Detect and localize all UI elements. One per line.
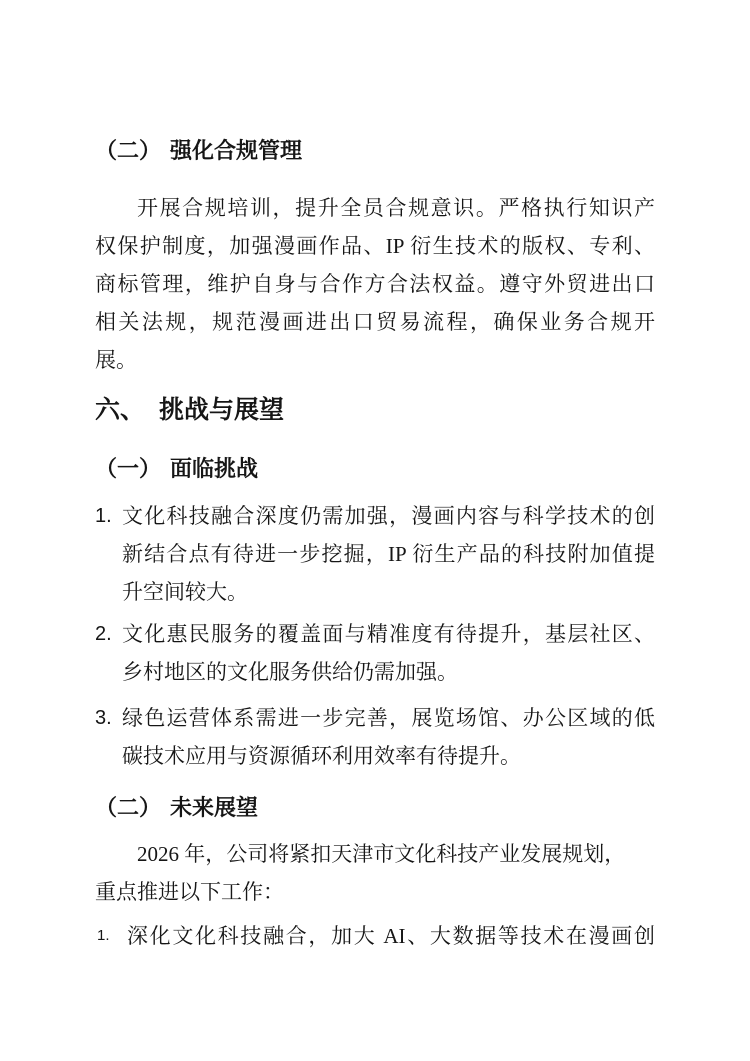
list-number: 2.: [95, 615, 119, 653]
heading-number: （二）: [95, 795, 161, 820]
heading-chapter-six: 六、挑战与展望: [95, 390, 655, 430]
text-line: 升空间较大。: [122, 573, 655, 611]
text-line: 商标管理，维护自身与合作方合法权益。遵守外贸进出口: [95, 265, 655, 303]
text-line: 权保护制度，加强漫画作品、IP 衍生技术的版权、专利、: [95, 227, 655, 265]
heading-number: 六、: [95, 396, 145, 424]
heading-number: （二）: [95, 138, 161, 163]
text-line: 碳技术应用与资源循环利用效率有待提升。: [122, 737, 655, 775]
challenges-list: 1. 文化科技融合深度仍需加强，漫画内容与科学技术的创 新结合点有待进一步挖掘，…: [95, 497, 655, 775]
heading-challenges: （一）面临挑战: [95, 450, 655, 488]
paragraph-outlook: 2026 年，公司将紧扣天津市文化科技产业发展规划， 重点推进以下工作：: [95, 835, 655, 911]
outlook-list: 1. 深化文化科技融合，加大 AI、大数据等技术在漫画创: [95, 917, 655, 955]
document-page: （二）强化合规管理 开展合规培训，提升全员合规意识。严格执行知识产 权保护制度，…: [0, 0, 750, 1061]
list-item: 3. 绿色运营体系需进一步完善，展览场馆、办公区域的低 碳技术应用与资源循环利用…: [95, 699, 655, 775]
heading-title: 挑战与展望: [159, 396, 284, 424]
text-line: 乡村地区的文化服务供给仍需加强。: [122, 653, 655, 691]
heading-outlook: （二）未来展望: [95, 789, 655, 827]
text-line: 文化科技融合深度仍需加强，漫画内容与科学技术的创: [122, 497, 655, 535]
text-line: 2026 年，公司将紧扣天津市文化科技产业发展规划，: [95, 835, 655, 873]
list-number: 3.: [95, 699, 119, 737]
heading-title: 未来展望: [170, 795, 258, 820]
heading-title: 强化合规管理: [170, 138, 302, 163]
list-item: 2. 文化惠民服务的覆盖面与精准度有待提升，基层社区、 乡村地区的文化服务供给仍…: [95, 615, 655, 691]
list-number: 1.: [95, 497, 119, 535]
heading-compliance: （二）强化合规管理: [95, 132, 655, 170]
heading-number: （一）: [95, 456, 161, 481]
list-item: 1. 深化文化科技融合，加大 AI、大数据等技术在漫画创: [95, 917, 655, 955]
text-line: 重点推进以下工作：: [95, 873, 655, 911]
text-line: 展。: [95, 341, 655, 379]
text-line: 新结合点有待进一步挖掘，IP 衍生产品的科技附加值提: [122, 535, 655, 573]
paragraph-compliance: 开展合规培训，提升全员合规意识。严格执行知识产 权保护制度，加强漫画作品、IP …: [95, 189, 655, 379]
heading-title: 面临挑战: [170, 456, 258, 481]
text-line: 开展合规培训，提升全员合规意识。严格执行知识产: [95, 189, 655, 227]
list-number: 1.: [97, 917, 121, 955]
text-line: 绿色运营体系需进一步完善，展览场馆、办公区域的低: [122, 699, 655, 737]
text-line: 深化文化科技融合，加大 AI、大数据等技术在漫画创: [127, 917, 655, 955]
list-item: 1. 文化科技融合深度仍需加强，漫画内容与科学技术的创 新结合点有待进一步挖掘，…: [95, 497, 655, 611]
text-line: 文化惠民服务的覆盖面与精准度有待提升，基层社区、: [122, 615, 655, 653]
text-line: 相关法规，规范漫画进出口贸易流程，确保业务合规开: [95, 303, 655, 341]
